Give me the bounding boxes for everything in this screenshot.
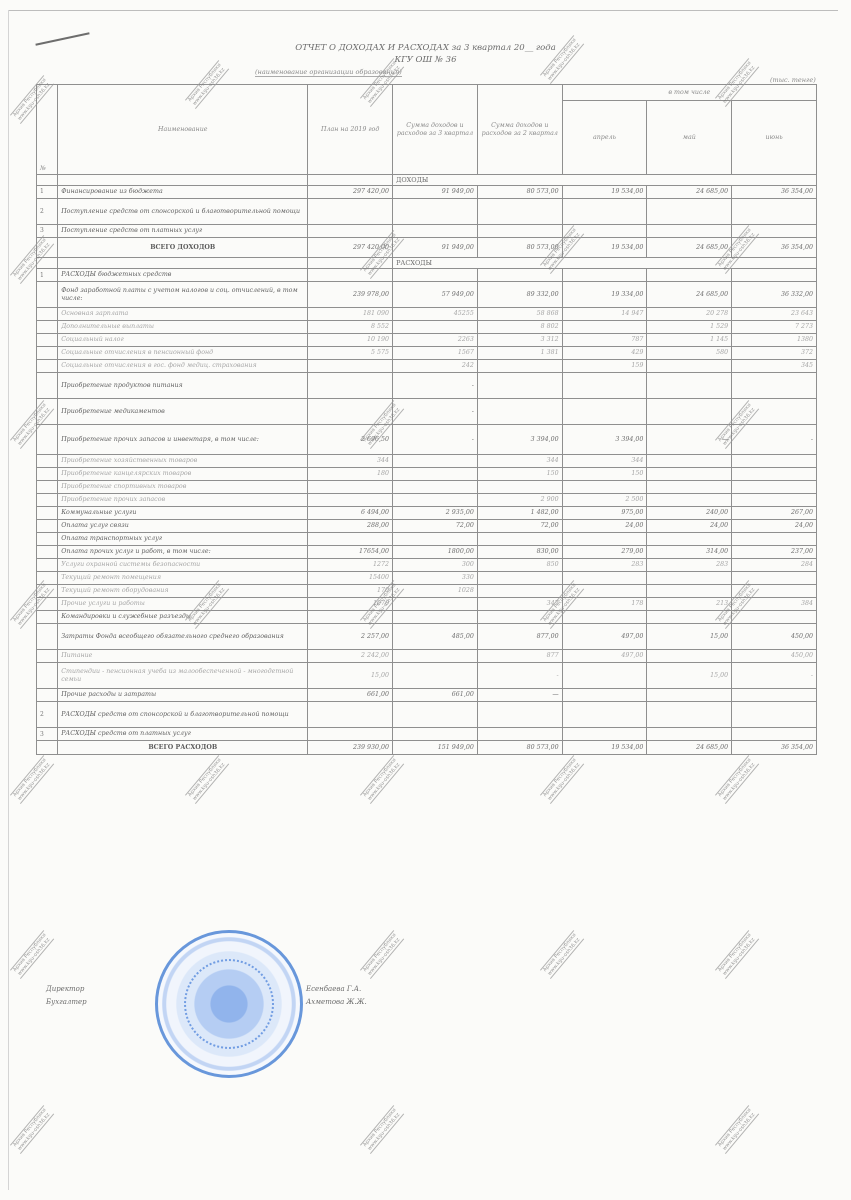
cell-q2: 150 [477,468,562,481]
row-number [37,308,58,321]
income-total-row: ВСЕГО ДОХОДОВ297 420,0091 949,0080 573,0… [37,238,817,258]
cell-name [58,258,308,269]
director-label: Директор [46,985,84,993]
cell-q2 [477,702,562,728]
cell-q3 [393,468,478,481]
watermark-text: Архив Республики [542,932,578,973]
cell-m2: 20 278 [647,308,732,321]
row-label: Дополнительные выплаты [58,321,308,334]
expense-row: Текущий ремонт оборудования1701028 [37,585,817,598]
cell-q3 [393,494,478,507]
cell-m2: 240,00 [647,507,732,520]
cell-m3 [732,702,817,728]
row-number [37,494,58,507]
row-number [37,347,58,360]
cell-m3: 23 643 [732,308,817,321]
cell-m2 [647,533,732,546]
watermark-stamp: Архив Республикиwww.kgu-osh36.kz [715,930,759,979]
cell-plan [308,373,393,399]
watermark-stamp: Архив Республикиwww.kgu-osh36.kz [10,1105,54,1154]
row-label: Стипендии - пенсионная учеба из малообес… [58,663,308,689]
section-income: ДОХОДЫ [37,175,817,186]
accountant-label: Бухгалтер [46,998,87,1006]
cell-name [58,175,308,186]
income-row: 3Поступление средств от платных услуг [37,225,817,238]
expense-row: Питание2 242,00877497,00450,00 [37,650,817,663]
cell-m2: 15,00 [647,624,732,650]
watermark-text: Архив Республики [362,932,398,973]
cell-q3: 72,00 [393,520,478,533]
cell-q2 [477,728,562,741]
cell-m1: 19 534,00 [562,741,647,755]
row-label: Оплата прочих услуг и работ, в том числе… [58,546,308,559]
row-number [37,507,58,520]
cell-plan [308,728,393,741]
cell-m3: - [732,663,817,689]
cell-m2 [647,481,732,494]
row-number [37,611,58,624]
row-label: ВСЕГО РАСХОДОВ [58,741,308,755]
section-title: ДОХОДЫ [393,175,817,186]
expense-row: Дополнительные выплаты8 5528 8021 5297 2… [37,321,817,334]
expense-row: Оплата услуг связи288,0072,0072,0024,002… [37,520,817,533]
cell-q3: - [393,373,478,399]
row-label: Приобретение канцелярских товаров [58,468,308,481]
watermark-stamp: Архив Республикиwww.kgu-osh36.kz [540,930,584,979]
watermark-text: Архив Республики [717,757,753,798]
cell-m2: 24 685,00 [647,186,732,199]
cell-q3 [393,598,478,611]
cell-q3 [393,199,478,225]
cell-m3 [732,533,817,546]
cell-q3 [393,702,478,728]
cell-m2 [647,650,732,663]
cell-plan: 5 575 [308,347,393,360]
income-row: 1Финансирование из бюджета297 420,0091 9… [37,186,817,199]
cell-q2: 830,00 [477,546,562,559]
expense-row: Текущий ремонт помещения15400330 [37,572,817,585]
cell-m2 [647,225,732,238]
cell-m3 [732,269,817,282]
cell-plan: 2 242,00 [308,650,393,663]
watermark-text: Архив Республики [362,1107,398,1148]
row-label: Прочие расходы и затраты [58,689,308,702]
cell-plan: 15400 [308,572,393,585]
cell-m2: 580 [647,347,732,360]
report-title: ОТЧЕТ О ДОХОДАХ И РАСХОДАХ за 3 квартал … [0,43,851,53]
row-number: 2 [37,702,58,728]
cell-q2 [477,585,562,598]
cell-m3 [732,494,817,507]
cell-m1: 787 [562,334,647,347]
watermark-text: Архив Республики [12,1107,48,1148]
expense-row: Услуги охранной системы безопасности1272… [37,559,817,572]
cell-m1 [562,199,647,225]
expense-row: Основная зарплата181 0904525558 86814 94… [37,308,817,321]
cell-m1: 159 [562,360,647,373]
row-number [37,533,58,546]
cell-m1 [562,663,647,689]
row-label: Социальный налог [58,334,308,347]
watermark-text: Архив Республики [187,757,223,798]
cell-q2: 850 [477,559,562,572]
cell-q3: 485,00 [393,624,478,650]
cell-q2 [477,572,562,585]
row-number [37,455,58,468]
cell-m1: 283 [562,559,647,572]
cell-m1: 19 334,00 [562,282,647,308]
row-label: Поступление средств от платных услуг [58,225,308,238]
expense-row: 3РАСХОДЫ средств от платных услуг [37,728,817,741]
row-number [37,624,58,650]
cell-q3: 45255 [393,308,478,321]
row-number: 3 [37,225,58,238]
cell-plan: 239 978,00 [308,282,393,308]
cell-m2: 15,00 [647,663,732,689]
cell-m1 [562,689,647,702]
row-number [37,321,58,334]
stamp-emblem-icon [184,959,274,1049]
cell-m2 [647,455,732,468]
watermark-text: Архив Республики [717,932,753,973]
cell-m3: - [732,425,817,455]
row-label: Финансирование из бюджета [58,186,308,199]
expense-row: Затраты Фонда всеобщего обязательного ср… [37,624,817,650]
cell-q3: 300 [393,559,478,572]
watermark-stamp: Архив Республикиwww.kgu-osh36.kz [715,755,759,804]
report-table: № Наименование План на 2019 год Сумма до… [36,84,817,755]
row-label: Социальные отчисления в гос. фонд медиц.… [58,360,308,373]
header-month-3: июнь [732,101,817,175]
row-label: Питание [58,650,308,663]
cell-m1: 975,00 [562,507,647,520]
cell-value [308,175,393,186]
expense-row: Коммунальные услуги6 494,002 935,001 482… [37,507,817,520]
expense-row: Приобретение прочих запасов и инвентаря,… [37,425,817,455]
cell-m3 [732,373,817,399]
cell-q3 [393,728,478,741]
expense-row: Приобретение продуктов питания- [37,373,817,399]
row-number [37,689,58,702]
cell-q3: 661,00 [393,689,478,702]
cell-m3: 36 354,00 [732,741,817,755]
row-label: Прочие услуги и работы [58,598,308,611]
cell-q2: 8 802 [477,321,562,334]
cell-q3: - [393,399,478,425]
cell-q2: — [477,689,562,702]
cell-q3: 91 949,00 [393,186,478,199]
watermark-stamp: Архив Республикиwww.kgu-osh36.kz [540,755,584,804]
cell-plan: 344 [308,455,393,468]
row-label: Затраты Фонда всеобщего обязательного ср… [58,624,308,650]
watermark-stamp: Архив Республикиwww.kgu-osh36.kz [360,930,404,979]
cell-plan [308,225,393,238]
cell-m2 [647,702,732,728]
expense-row: Приобретение канцелярских товаров1801501… [37,468,817,481]
watermark-text: Архив Республики [12,757,48,798]
row-number [37,468,58,481]
units-label: (тыс. тенге) [770,76,816,84]
cell-q3 [393,269,478,282]
cell-m3: 36 354,00 [732,186,817,199]
cell-q2: 3 394,00 [477,425,562,455]
cell-plan [308,269,393,282]
cell-q3: 151 949,00 [393,741,478,755]
cell-m2 [647,360,732,373]
cell-q2: 3 312 [477,334,562,347]
header-name: Наименование [58,85,308,175]
cell-q2: - [477,663,562,689]
row-label: Приобретение продуктов питания [58,373,308,399]
header-plan: План на 2019 год [308,85,393,175]
official-stamp [155,930,303,1078]
page-border [8,10,838,11]
cell-plan: 8 552 [308,321,393,334]
row-number: 1 [37,186,58,199]
cell-m3: 450,00 [732,650,817,663]
watermark-stamp: Архив Республикиwww.kgu-osh36.kz [360,1105,404,1154]
cell-plan: 297 420,00 [308,186,393,199]
cell-plan: 6 494,00 [308,507,393,520]
row-number [37,741,58,755]
expense-row: Стипендии - пенсионная учеба из малообес… [37,663,817,689]
cell-q2 [477,225,562,238]
row-label: Оплата услуг связи [58,520,308,533]
cell-plan [308,481,393,494]
cell-m1 [562,269,647,282]
cell-q2: 80 573,00 [477,186,562,199]
watermark-text: Архив Республики [717,1107,753,1148]
row-label: Оплата транспортных услуг [58,533,308,546]
cell-plan [308,494,393,507]
watermark-stamp: Архив Республикиwww.kgu-osh36.kz [360,755,404,804]
cell-q3: 91 949,00 [393,238,478,258]
cell-q2: 1 381 [477,347,562,360]
cell-q2 [477,373,562,399]
row-number [37,663,58,689]
header-month-1: апрель [562,101,647,175]
row-number [37,650,58,663]
cell-m2 [647,269,732,282]
cell-plan [308,360,393,373]
row-number [37,559,58,572]
row-number [37,425,58,455]
cell-q3: - [393,425,478,455]
cell-plan: 15,00 [308,663,393,689]
section-title: РАСХОДЫ [393,258,817,269]
cell-plan: 239 930,00 [308,741,393,755]
row-number [37,334,58,347]
row-label: Услуги охранной системы безопасности [58,559,308,572]
cell-q3 [393,455,478,468]
cell-q2: 2 900 [477,494,562,507]
cell-m2: 24 685,00 [647,741,732,755]
page-border [8,10,9,1190]
cell-plan: 2 257,00 [308,624,393,650]
watermark-stamp: Архив Республикиwww.kgu-osh36.kz [185,755,229,804]
income-row: 2Поступление средств от спонсорской и бл… [37,199,817,225]
cell-m1 [562,728,647,741]
watermark-stamp: Архив Республикиwww.kgu-osh36.kz [715,1105,759,1154]
cell-m3: 450,00 [732,624,817,650]
expense-row: Социальный налог10 19022633 3127871 1451… [37,334,817,347]
cell-q3: 242 [393,360,478,373]
cell-q2: 344 [477,455,562,468]
cell-m1: 14 947 [562,308,647,321]
row-label: Командировки и служебные разъезды [58,611,308,624]
cell-m3 [732,199,817,225]
cell-m3 [732,468,817,481]
expense-row: Приобретение хозяйственных товаров344344… [37,455,817,468]
cell-m2 [647,572,732,585]
row-label: Приобретение медикаментов [58,399,308,425]
expense-row: Оплата прочих услуг и работ, в том числе… [37,546,817,559]
row-number: 3 [37,728,58,741]
cell-plan [308,702,393,728]
row-label: Приобретение хозяйственных товаров [58,455,308,468]
cell-m1 [562,321,647,334]
cell-q3 [393,481,478,494]
cell-m1: 497,00 [562,624,647,650]
cell-plan: 17654,00 [308,546,393,559]
cell-q2: 72,00 [477,520,562,533]
row-number [37,481,58,494]
cell-m2: 24 685,00 [647,282,732,308]
cell-plan: 10 190 [308,334,393,347]
cell-m3 [732,455,817,468]
header-months-group: в том числе [562,85,816,101]
cell-m3: 284 [732,559,817,572]
cell-m2 [647,585,732,598]
cell-q3 [393,611,478,624]
row-number [37,282,58,308]
watermark-stamp: Архив Республикиwww.kgu-osh36.kz [10,755,54,804]
watermark-stamp: Архив Республикиwww.kgu-osh36.kz [10,930,54,979]
cell-m2 [647,199,732,225]
row-label: РАСХОДЫ бюджетных средств [58,269,308,282]
cell-m3 [732,689,817,702]
cell-m1 [562,611,647,624]
organization-title: КГУ ОШ № 36 [0,55,851,65]
row-number [37,373,58,399]
cell-m3: 345 [732,360,817,373]
cell-q2: 89 332,00 [477,282,562,308]
cell-q3 [393,225,478,238]
cell-q2: 877 [477,650,562,663]
cell-m1: 3 394,00 [562,425,647,455]
cell-m2 [647,494,732,507]
row-number [37,546,58,559]
accountant-name: Ахметова Ж.Ж. [306,998,367,1006]
cell-plan: 181 090 [308,308,393,321]
cell-m1 [562,399,647,425]
cell-m3 [732,728,817,741]
row-number [37,520,58,533]
row-label: РАСХОДЫ средств от платных услуг [58,728,308,741]
cell-q3: 1800,00 [393,546,478,559]
row-label: Приобретение спортивных товаров [58,481,308,494]
expense-row: Приобретение медикаментов- [37,399,817,425]
cell-m2: 1 145 [647,334,732,347]
cell-q3: 1567 [393,347,478,360]
row-label: Основная зарплата [58,308,308,321]
cell-m1 [562,373,647,399]
expense-row: Командировки и служебные разъезды [37,611,817,624]
cell-m3: 24,00 [732,520,817,533]
cell-q3 [393,321,478,334]
cell-plan: 288,00 [308,520,393,533]
cell-m2 [647,689,732,702]
cell-m1: 24,00 [562,520,647,533]
cell-m1: 497,00 [562,650,647,663]
cell-q3: 2 935,00 [393,507,478,520]
section-expenses: РАСХОДЫ [37,258,817,269]
row-label: ВСЕГО ДОХОДОВ [58,238,308,258]
cell-m2 [647,399,732,425]
cell-m3: 7 273 [732,321,817,334]
header-q2: Сумма доходов и расходов за 2 квартал [477,85,562,175]
cell-q3 [393,650,478,663]
expense-row: Приобретение спортивных товаров [37,481,817,494]
cell-m1: 344 [562,455,647,468]
cell-m2 [647,468,732,481]
expense-row: Социальные отчисления в пенсионный фонд5… [37,347,817,360]
cell-m1 [562,481,647,494]
watermark-text: Архив Республики [362,757,398,798]
expense-row: Социальные отчисления в гос. фонд медиц.… [37,360,817,373]
header-q3: Сумма доходов и расходов за 3 квартал [393,85,478,175]
cell-q2 [477,399,562,425]
expense-row: 2РАСХОДЫ средств от спонсорской и благот… [37,702,817,728]
cell-q2 [477,533,562,546]
row-label: Текущий ремонт оборудования [58,585,308,598]
expense-total-row: ВСЕГО РАСХОДОВ239 930,00151 949,0080 573… [37,741,817,755]
cell-m1: 19 534,00 [562,186,647,199]
expense-row: Приобретение прочих запасов2 9002 500 [37,494,817,507]
header-month-2: май [647,101,732,175]
cell-m1: 150 [562,468,647,481]
row-label: Поступление средств от спонсорской и бла… [58,199,308,225]
cell-q2: 80 573,00 [477,741,562,755]
row-label: Коммунальные услуги [58,507,308,520]
row-label: РАСХОДЫ средств от спонсорской и благотв… [58,702,308,728]
expense-row: Прочие расходы и затраты661,00661,00— [37,689,817,702]
cell-m3 [732,611,817,624]
row-label: Текущий ремонт помещения [58,572,308,585]
cell-m2: 24 685,00 [647,238,732,258]
expense-row: 1РАСХОДЫ бюджетных средств [37,269,817,282]
cell-q2 [477,199,562,225]
cell-m3: 36 332,00 [732,282,817,308]
row-number: 1 [37,269,58,282]
row-number: 2 [37,199,58,225]
expense-row: Прочие услуги и работы1070347178213384 [37,598,817,611]
cell-m1 [562,533,647,546]
cell-m2 [647,728,732,741]
cell-q3: 1028 [393,585,478,598]
row-label: Приобретение прочих запасов [58,494,308,507]
cell-plan: 661,00 [308,689,393,702]
expense-row: Оплата транспортных услуг [37,533,817,546]
cell-plan: 1272 [308,559,393,572]
cell-q2 [477,360,562,373]
cell-m3: 372 [732,347,817,360]
cell-q2 [477,481,562,494]
cell-plan [308,533,393,546]
director-name: Есенбаева Г.А. [306,985,361,993]
cell-plan [308,199,393,225]
cell-m2: 213 [647,598,732,611]
